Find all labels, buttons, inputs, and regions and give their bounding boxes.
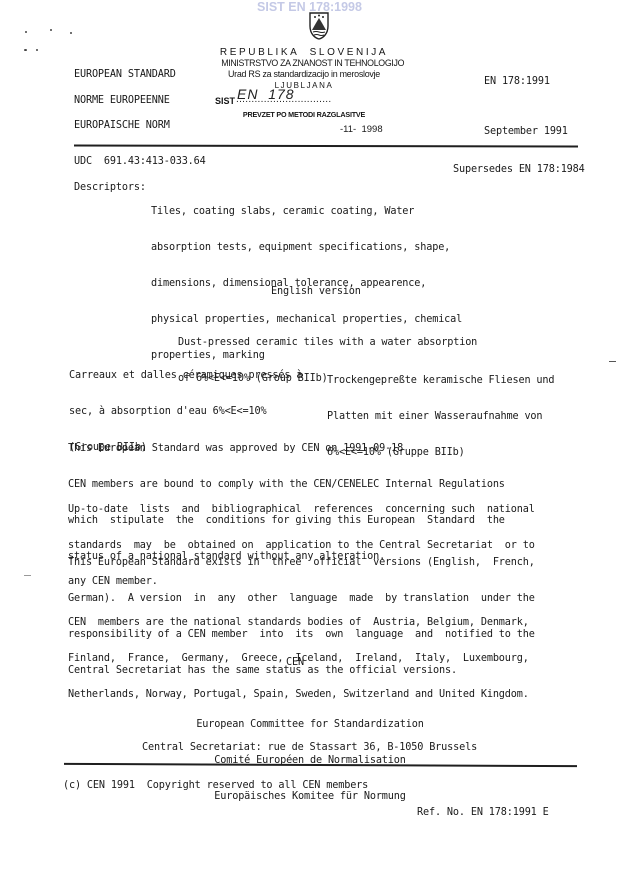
scan-speck (25, 31, 27, 33)
scan-speck (609, 361, 616, 362)
stamp-adoption-method: PREVZET PO METODI RAZGLASITVE (214, 110, 394, 119)
title-french-line: sec, à absorption d'eau 6%<E<=10% (69, 406, 302, 418)
stamp-date: -11- 1998 (340, 124, 383, 135)
reference-number: Ref. No. EN 178:1991 E (417, 807, 549, 819)
header-europaische-norm: EUROPAISCHE NORM (74, 120, 170, 132)
descriptors-line: Tiles, coating slabs, ceramic coating, W… (151, 206, 462, 218)
scan-speck (24, 575, 31, 576)
cen-acronym: CEN (286, 657, 304, 669)
copyright-notice: (c) CEN 1991 Copyright reserved to all C… (63, 780, 368, 792)
scan-speck (36, 49, 38, 51)
title-french-line: Carreaux et dalles céramiques pressés à (69, 370, 302, 382)
udc-code: UDC 691.43:413-033.64 (74, 156, 206, 168)
cen-names: European Committee for Standardization C… (160, 695, 460, 815)
scan-speck (24, 49, 27, 51)
paragraph-line: Up-to-date lists and bibliographical ref… (68, 504, 535, 516)
stamp-sist-number: EN 178 (237, 86, 295, 102)
stamp-ministry: MINISTRSTVO ZA ZNANOST IN TEHNOLOGIJO (221, 58, 387, 69)
cen-address: Central Secretariat: rue de Stassart 36,… (142, 742, 477, 754)
paragraph-line: CEN members are the national standards b… (68, 617, 529, 629)
stamp-sist-label: SIST (215, 96, 235, 106)
stamp-office: Urad RS za standardizacijo in meroslovje (220, 69, 387, 80)
cen-name-en: European Committee for Standardization (160, 719, 460, 731)
scan-speck (70, 32, 72, 34)
version-label: English version (271, 286, 361, 298)
scan-speck (50, 29, 52, 31)
stamp-republic: REPUBLIKA SLOVENIJA (214, 47, 394, 58)
title-german-line: Trockengepreßte keramische Fliesen und (327, 375, 554, 387)
supersedes: Supersedes EN 178:1984 (453, 164, 585, 176)
publication-date: September 1991 (484, 126, 568, 138)
header-divider (74, 144, 578, 147)
header-european-standard: EUROPEAN STANDARD (74, 69, 176, 81)
slovenia-crest-icon (308, 12, 330, 40)
header-norme-europeenne: NORME EUROPEENNE (74, 95, 170, 107)
paragraph-line: This European Standard was approved by C… (68, 443, 505, 455)
paragraph-line: This European Standard exists in three o… (68, 557, 535, 569)
cen-name-de: Europäisches Komitee für Normung (160, 791, 460, 803)
standard-number: EN 178:1991 (484, 76, 550, 88)
descriptors-label: Descriptors: (74, 182, 146, 194)
descriptors-line: absorption tests, equipment specificatio… (151, 242, 462, 254)
